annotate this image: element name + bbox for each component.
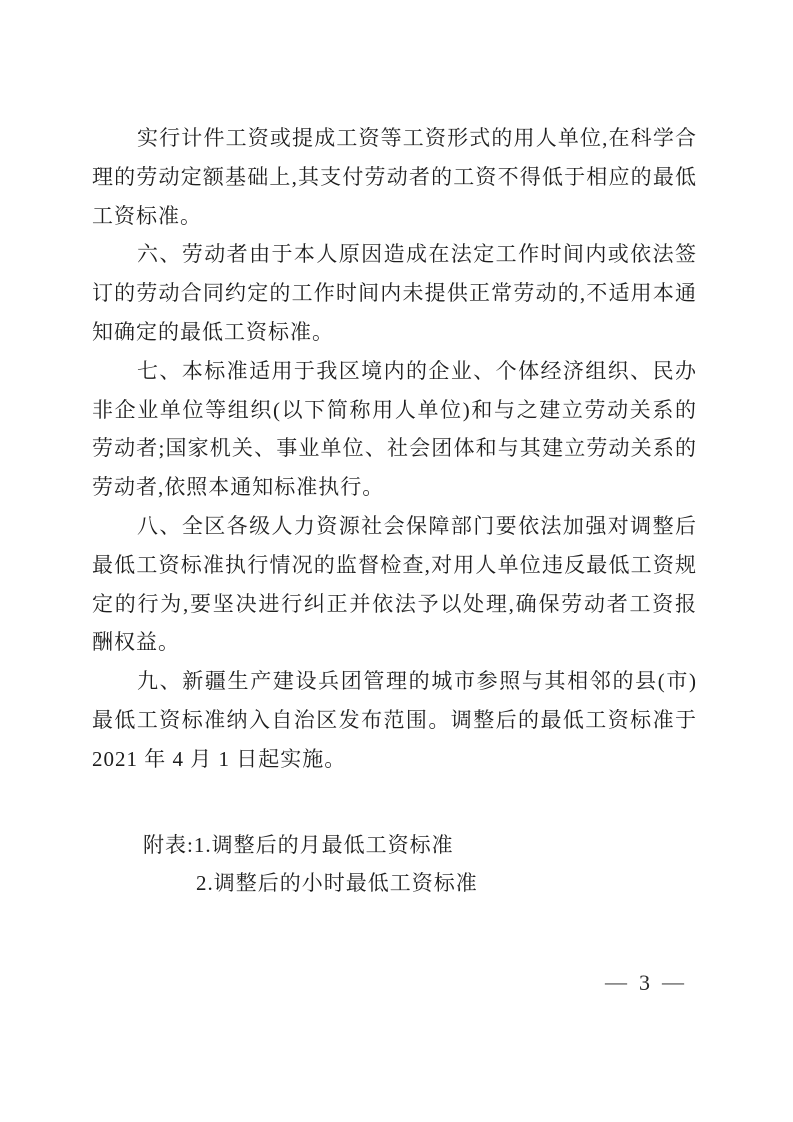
page-number-value: 3 (639, 970, 650, 996)
document-page: 实行计件工资或提成工资等工资形式的用人单位,在科学合理的劳动定额基础上,其支付劳… (0, 0, 793, 1122)
attachment-line-1: 附表:1.调整后的月最低工资标准 (92, 826, 697, 865)
page-number-dash-right: — (662, 969, 684, 995)
paragraph-item-six: 六、劳动者由于本人原因造成在法定工作时间内或依法签订的劳动合同约定的工作时间内未… (92, 235, 697, 351)
paragraph-piecework-wage: 实行计件工资或提成工资等工资形式的用人单位,在科学合理的劳动定额基础上,其支付劳… (92, 119, 697, 235)
document-body: 实行计件工资或提成工资等工资形式的用人单位,在科学合理的劳动定额基础上,其支付劳… (92, 119, 697, 903)
attachment-item-monthly-standard: 1.调整后的月最低工资标准 (194, 833, 454, 857)
paragraph-item-seven: 七、本标准适用于我区境内的企业、个体经济组织、民办非企业单位等组织(以下简称用人… (92, 352, 697, 507)
paragraph-item-eight: 八、全区各级人力资源社会保障部门要依法加强对调整后最低工资标准执行情况的监督检查… (92, 507, 697, 662)
attachment-label: 附表: (143, 833, 194, 857)
attachment-list: 附表:1.调整后的月最低工资标准 2.调整后的小时最低工资标准 (92, 826, 697, 904)
page-number: — 3 — (605, 970, 684, 996)
paragraph-item-nine: 九、新疆生产建设兵团管理的城市参照与其相邻的县(市)最低工资标准纳入自治区发布范… (92, 662, 697, 778)
page-number-dash-left: — (605, 969, 627, 995)
attachment-item-hourly-standard: 2.调整后的小时最低工资标准 (92, 864, 697, 903)
